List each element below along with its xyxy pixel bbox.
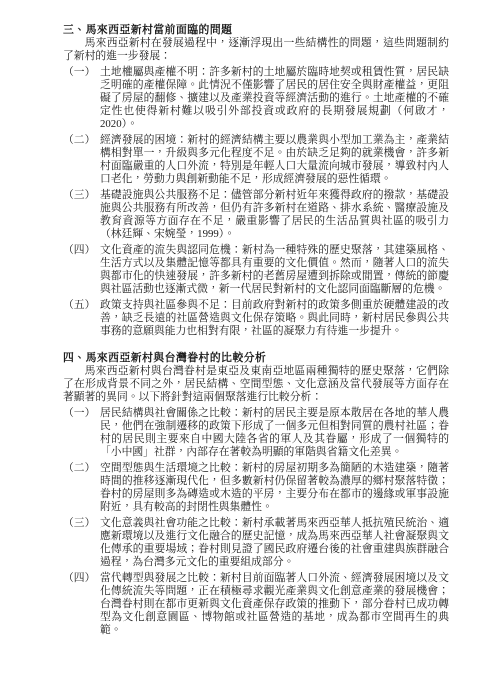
item-text: 居民結構與社會關係之比較：新村的居民主要是原本散居在各地的華人農民，他們在強制遷… [100, 407, 449, 459]
section-intro: 馬來西亞新村在發展過程中，逐漸浮現出一些結構性的問題，這些問題制約了新村的進一步… [63, 37, 449, 63]
item-text: 經濟發展的困境：新村的經濟結構主要以農業與小型加工業為主，產業結構相對單一，升級… [100, 134, 449, 186]
section-new-village-problems: 三、馬來西亞新村當前面臨的問題 馬來西亞新村在發展過程中，逐漸浮現出一些結構性的… [63, 24, 449, 338]
item-text: 文化意義與社會功能之比較：新村承載著馬來西亞華人抵抗殖民統治、適應新環境以及進行… [100, 517, 449, 569]
list-item: （二） 空間型態與生活環境之比較：新村的房屋初期多為簡陋的木造建築，隨著時間的推… [63, 462, 449, 514]
item-label: （一） [63, 407, 100, 459]
item-label: （三） [63, 517, 100, 569]
item-label: （二） [63, 134, 100, 186]
item-label: （二） [63, 462, 100, 514]
item-text: 政策支持與社區參與不足：目前政府對新村的政策多側重於硬體建設的改善，缺乏長遠的社… [100, 299, 449, 338]
item-label: （一） [63, 66, 100, 131]
item-text: 空間型態與生活環境之比較：新村的房屋初期多為簡陋的木造建築，隨著時間的推移逐漸現… [100, 462, 449, 514]
list-item: （二） 經濟發展的困境：新村的經濟結構主要以農業與小型加工業為主，產業結構相對單… [63, 134, 449, 186]
item-text: 文化資產的流失與認同危機：新村為一種特殊的歷史聚落，其建築風格、生活方式以及集體… [100, 244, 449, 296]
document-page: 三、馬來西亞新村當前面臨的問題 馬來西亞新村在發展過程中，逐漸浮現出一些結構性的… [0, 0, 480, 679]
section-heading: 三、馬來西亞新村當前面臨的問題 [63, 24, 449, 37]
section-comparison-analysis: 四、馬來西亞新村與台灣眷村的比較分析 馬來西亞新村與台灣眷村是東亞及東南亞地區兩… [63, 352, 449, 637]
section-intro: 馬來西亞新村與台灣眷村是東亞及東南亞地區兩種獨特的歷史聚落，它們除了在形成背景不… [63, 365, 449, 404]
list-item: （三） 基礎設施與公共服務不足：儘管部分新村近年來獲得政府的撥款，基礎設施與公共… [63, 189, 449, 241]
item-text: 當代轉型與發展之比較：新村目前面臨著人口外流、經濟發展困境以及文化傳統流失等問題… [100, 572, 449, 637]
list-item: （四） 文化資產的流失與認同危機：新村為一種特殊的歷史聚落，其建築風格、生活方式… [63, 244, 449, 296]
item-label: （五） [63, 299, 100, 338]
item-label: （四） [63, 244, 100, 296]
item-label: （三） [63, 189, 100, 241]
item-label: （四） [63, 572, 100, 637]
list-item: （五） 政策支持與社區參與不足：目前政府對新村的政策多側重於硬體建設的改善，缺乏… [63, 299, 449, 338]
list-item: （一） 居民結構與社會關係之比較：新村的居民主要是原本散居在各地的華人農民，他們… [63, 407, 449, 459]
section-heading: 四、馬來西亞新村與台灣眷村的比較分析 [63, 352, 449, 365]
list-item: （一） 土地權屬與產權不明：許多新村的土地屬於臨時地契或租賃性質，居民缺乏明確的… [63, 66, 449, 131]
item-text: 基礎設施與公共服務不足：儘管部分新村近年來獲得政府的撥款，基礎設施與公共服務有所… [100, 189, 449, 241]
list-item: （三） 文化意義與社會功能之比較：新村承載著馬來西亞華人抵抗殖民統治、適應新環境… [63, 517, 449, 569]
item-text: 土地權屬與產權不明：許多新村的土地屬於臨時地契或租賃性質，居民缺乏明確的產權保障… [100, 66, 449, 131]
list-item: （四） 當代轉型與發展之比較：新村目前面臨著人口外流、經濟發展困境以及文化傳統流… [63, 572, 449, 637]
